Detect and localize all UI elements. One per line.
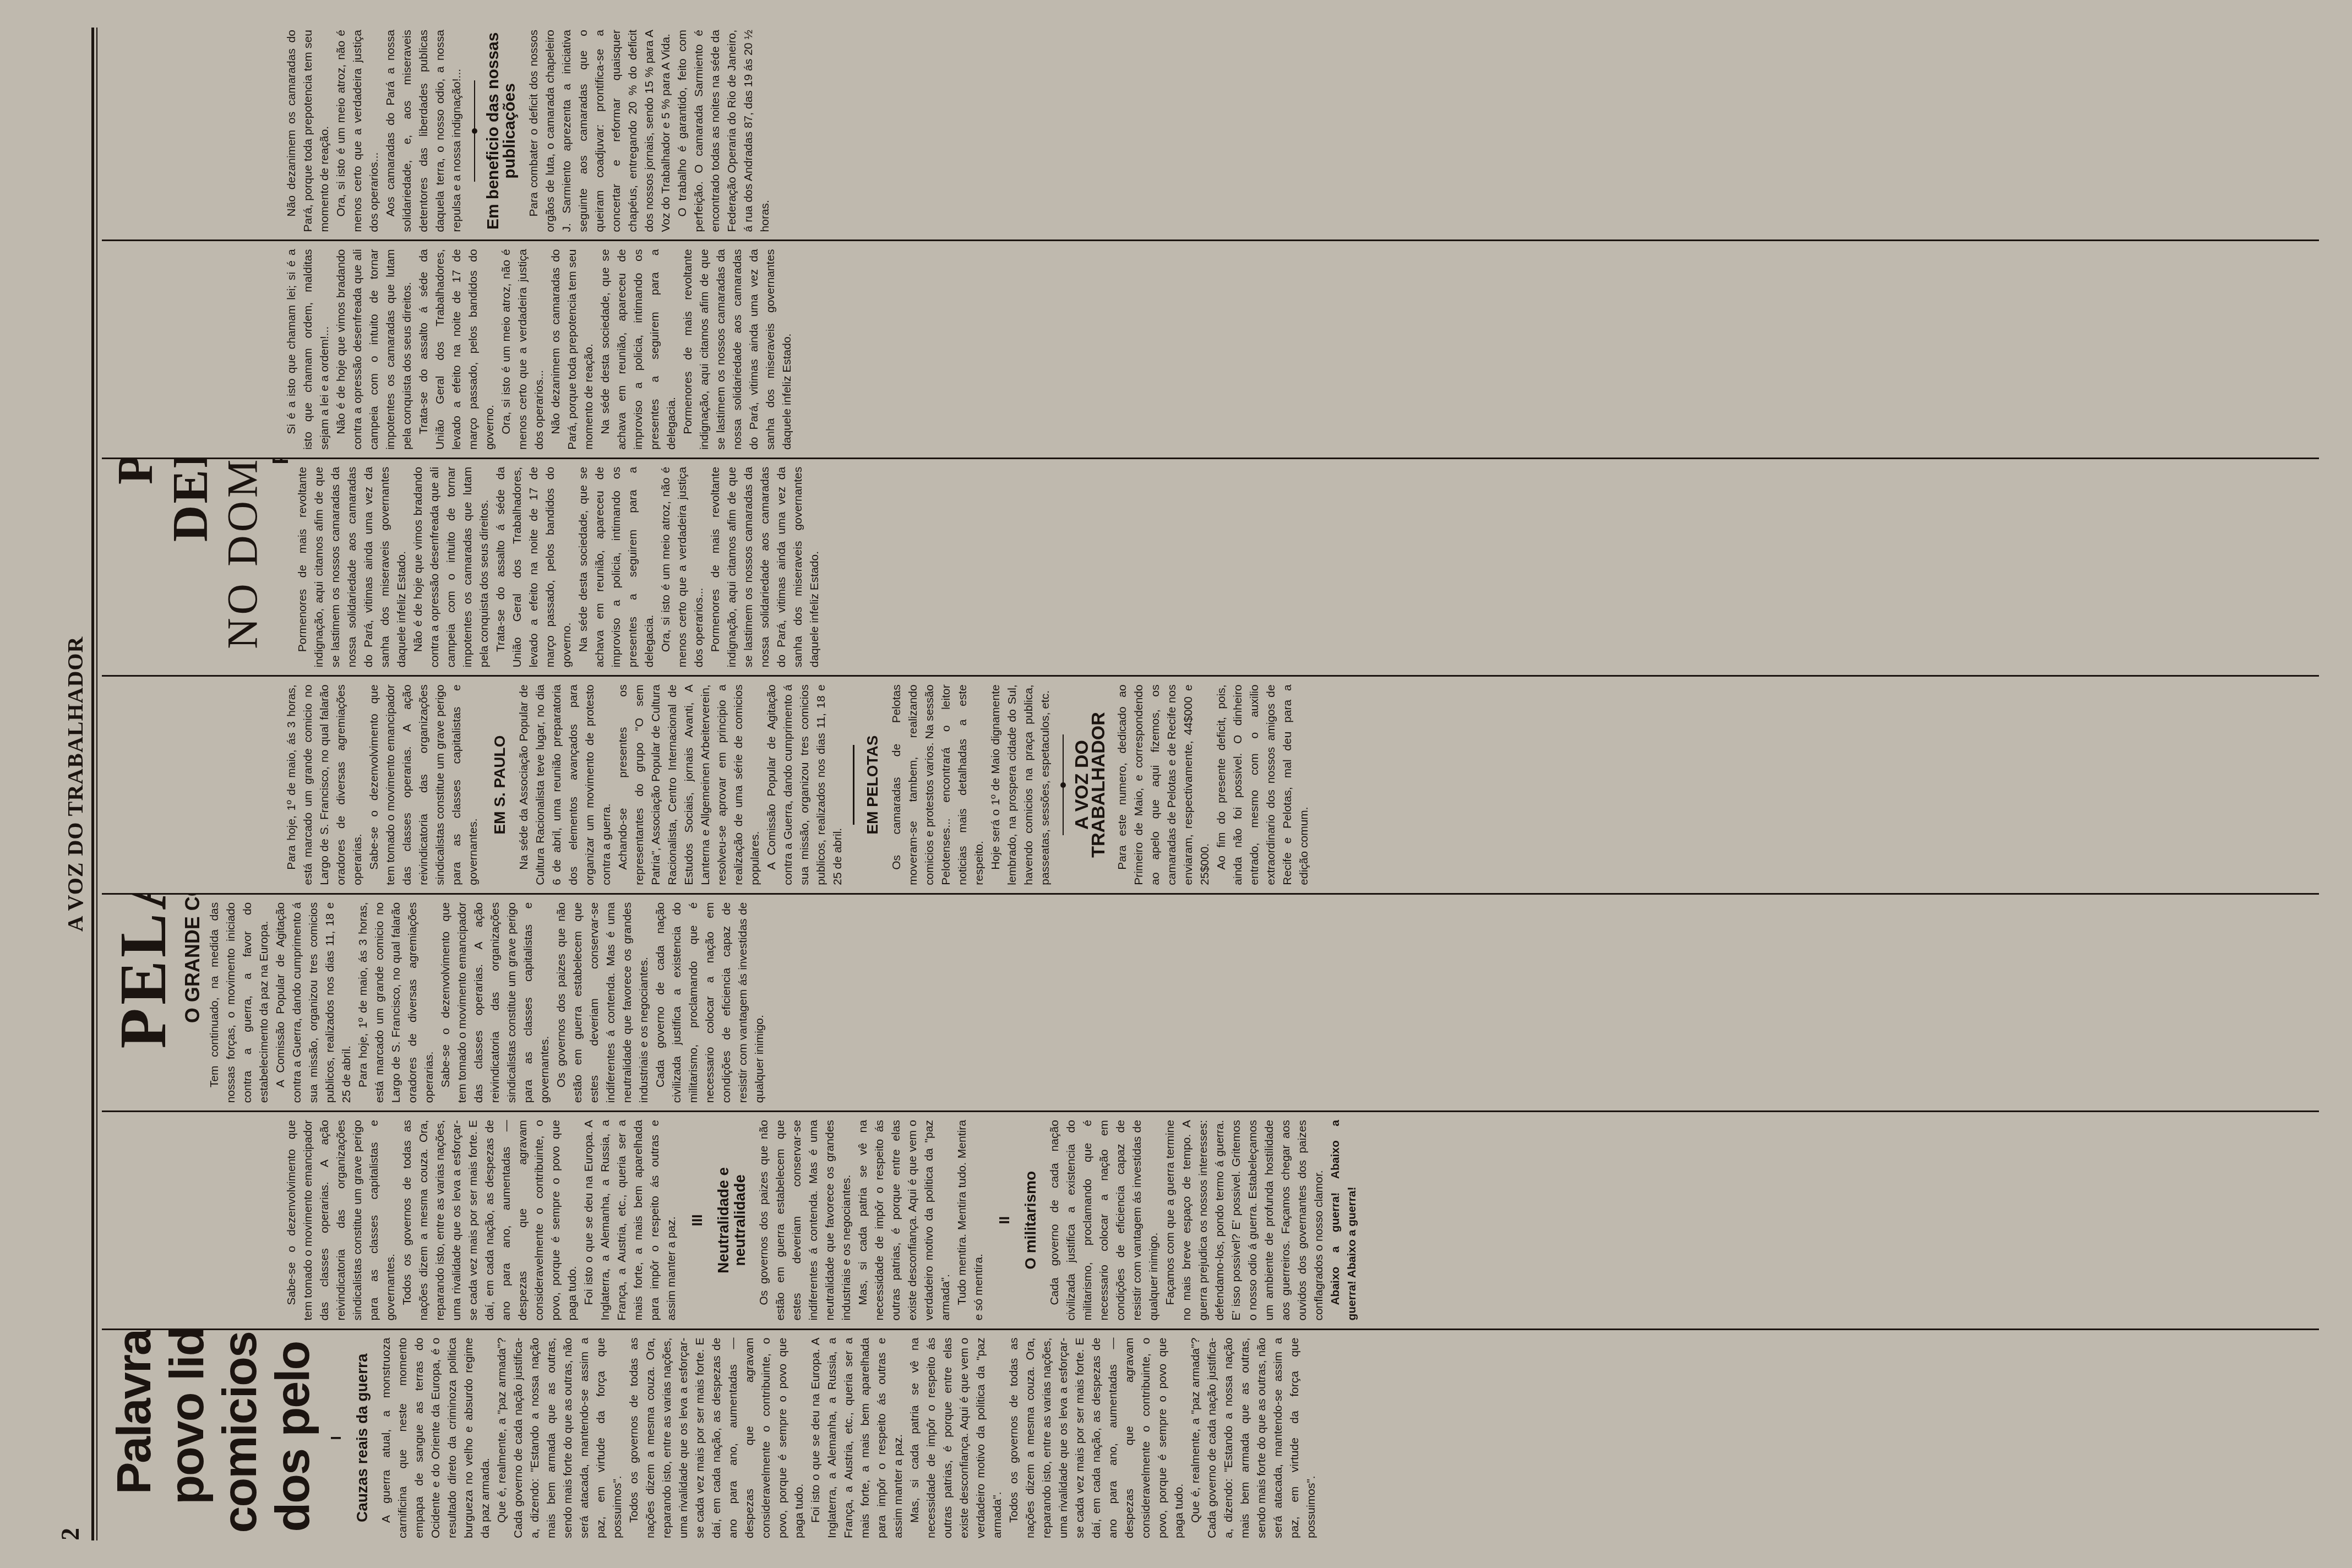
paragraph: Ora, si isto é um meio atroz, não é meno…: [498, 249, 548, 449]
paragraph: Todos os governos de todas as nações diz…: [399, 1120, 581, 1320]
paragraph: Para este numero, dedicado ao Primeiro d…: [1114, 684, 1213, 885]
paragraph: Ao fim do presente deficit, pois, ainda …: [1213, 684, 1313, 885]
paragraph: O trabalho é garantido, feito com perfei…: [674, 30, 774, 232]
paragraph: Que é, realmente, a "paz armada"? Cada g…: [494, 1338, 626, 1538]
section-heading-beneficio: Em beneficio das nossas publicações: [485, 30, 518, 232]
paragraph: Os governos dos paizes que não estão em …: [553, 902, 652, 1103]
paragraph: Trata-se do assalto á séde da União Gera…: [493, 467, 575, 667]
section-heading-pelotas: EM PELOTAS: [864, 684, 881, 885]
header-rule: [91, 28, 97, 1540]
paragraph: Não dezanimem os camaradas do Pará, porq…: [548, 249, 597, 449]
paragraph: Cada governo de cada nação civilizada ju…: [1047, 1120, 1162, 1320]
column-7: Não dezanimem os camaradas do Pará, porq…: [102, 22, 2319, 239]
paragraph: A Comissão Popular de Agitação contra a …: [273, 902, 355, 1103]
paragraph: Para hoje, 1º de maio, ás 3 horas, está …: [284, 684, 366, 885]
section-heading-cauzas: Cauzas reais da guerra: [354, 1338, 371, 1538]
paragraph: Pormenores de mais revoltante indignação…: [680, 249, 796, 449]
paragraph: Sabe-se o dezenvolvimento que tem tomado…: [284, 1120, 399, 1320]
paragraph: Tudo mentira. Mentira tudo. Mentira e só…: [954, 1120, 987, 1320]
paragraph: Na séde desta sociedade, que se achava e…: [575, 467, 658, 667]
part-number-1: I: [328, 1338, 344, 1538]
paragraph: Na séde da Associação Popular de Cultura…: [516, 684, 615, 885]
paragraph: Os camaradas de Pelotas moveram-se tambe…: [889, 684, 988, 885]
paragraph: Para combater o deficit dos nossos orgão…: [526, 30, 674, 232]
paragraph: Foi isto o que se deu na Europa. A Ingla…: [581, 1120, 680, 1320]
column-3: PELA PAZ O GRANDE COMICIO DE HOJE Tem co…: [102, 893, 2319, 1110]
closing-cry: Abaixo a guerra! Abaixo a guerra! Abaixo…: [1327, 1120, 1360, 1320]
paragraph: Que é, realmente, a "paz armada"? Cada g…: [1188, 1338, 1320, 1538]
paragraph: Para hoje, 1º de maio, ás 3 horas, está …: [355, 902, 438, 1103]
running-header: 2 A VOZ DO TRABALHADOR: [39, 28, 88, 1540]
subheadline-grande-comicio: O GRANDE COMICIO DE HOJE: [184, 893, 201, 1103]
section-heading-voz: A VOZ DO TRABALHADOR: [1074, 684, 1107, 885]
paragraph: Mas, si cada patria se vê na necessidade…: [855, 1120, 954, 1320]
paragraph: Todos os governos de todas as nações diz…: [1006, 1338, 1188, 1538]
part-number-2: II: [996, 1120, 1012, 1320]
paragraph: Sabe-se o dezenvolvimento que tem tomado…: [366, 684, 482, 885]
newspaper-name: A VOZ DO TRABALHADOR: [62, 636, 88, 932]
paragraph: Todos os governos de todas as nações diz…: [626, 1338, 808, 1538]
section-heading-militarismo: O militarismo: [1022, 1120, 1039, 1320]
article-columns: Palavras para o povo lidas nos 3 comicio…: [102, 22, 2319, 1546]
paragraph: Os governos dos paizes que não estão em …: [756, 1120, 855, 1320]
ornamental-divider: [474, 80, 475, 182]
paragraph: Achando-se presentes os representantes d…: [615, 684, 764, 885]
paragraph: Não dezanimem os camaradas do Pará, porq…: [284, 30, 333, 232]
paragraph: A Comissão Popular de Agitação contra a …: [764, 684, 846, 885]
ornamental-divider: [1063, 734, 1064, 835]
subheadline-dominio: NO DOMINIO DAS FÉRAS...: [217, 458, 267, 667]
column-4: Para hoje, 1º de maio, ás 3 horas, está …: [102, 675, 2319, 892]
scanned-newspaper-page: 2 A VOZ DO TRABALHADOR Palavras para o p…: [0, 0, 2352, 1568]
paragraph: Cada governo de cada nação civilizada ju…: [652, 902, 768, 1103]
paragraph: Si é a isto que chamam lei; si é a isto …: [284, 249, 333, 449]
section-heading-para: PARÁ, A NOVA RUSSIA: [273, 458, 289, 667]
paragraph: Hoje será o 1º de Maio dignamente lembra…: [988, 684, 1054, 885]
paragraph: Pormenores de mais revoltante indignação…: [295, 467, 410, 667]
paragraph: Tem continuado, na medida das nossas for…: [206, 902, 273, 1103]
headline-prizoes: PRIZÕES E DEPORTAÇÕES: [107, 458, 217, 667]
paragraph: Trata-se do assalto á séde da União Gera…: [416, 249, 498, 449]
paragraph: Na séde desta sociedade, que se achava e…: [597, 249, 680, 449]
headline-palavras: Palavras para o povo lidas nos 3 comicio…: [107, 1329, 319, 1538]
paragraph: Ora, si isto é um meio atroz, não é meno…: [333, 30, 383, 232]
paragraph: Sabe-se o dezenvolvimento que tem tomado…: [438, 902, 553, 1103]
paragraph: Aos camaradas do Pará a nossa solidaried…: [383, 30, 465, 232]
paragraph: A guerra atual, a monstruoza carnificina…: [378, 1338, 494, 1538]
column-1: Palavras para o povo lidas nos 3 comicio…: [102, 1329, 2319, 1546]
headline-pela-paz: PELA PAZ: [107, 893, 179, 1103]
page-number: 2: [56, 1527, 85, 1540]
part-number-3: III: [689, 1120, 705, 1320]
paragraph: Não é de hoje que vimos bradando contra …: [333, 249, 416, 449]
paragraph: Ora, si isto é um meio atroz, não é meno…: [658, 467, 707, 667]
paragraph: Não é de hoje que vimos bradando contra …: [410, 467, 493, 667]
newspaper-page: 2 A VOZ DO TRABALHADOR Palavras para o p…: [0, 0, 2352, 1568]
column-6: Si é a isto que chamam lei; si é a isto …: [102, 239, 2319, 457]
divider: [853, 745, 854, 825]
section-heading-neutralidade: Neutralidade e neutralidade: [715, 1120, 748, 1320]
column-2: Sabe-se o dezenvolvimento que tem tomado…: [102, 1110, 2319, 1328]
column-5: PRIZÕES E DEPORTAÇÕES NO DOMINIO DAS FÉR…: [102, 458, 2319, 675]
paragraph: Foi isto o que se deu na Europa. A Ingla…: [808, 1338, 907, 1538]
paragraph: Pormenores de mais revoltante indignação…: [707, 467, 823, 667]
section-heading-sao-paulo: EM S. PAULO: [492, 684, 508, 885]
paragraph: Mas, si cada patria se vê na necessidade…: [907, 1338, 1006, 1538]
paragraph: Façamos com que a guerra termine no mais…: [1162, 1120, 1327, 1320]
